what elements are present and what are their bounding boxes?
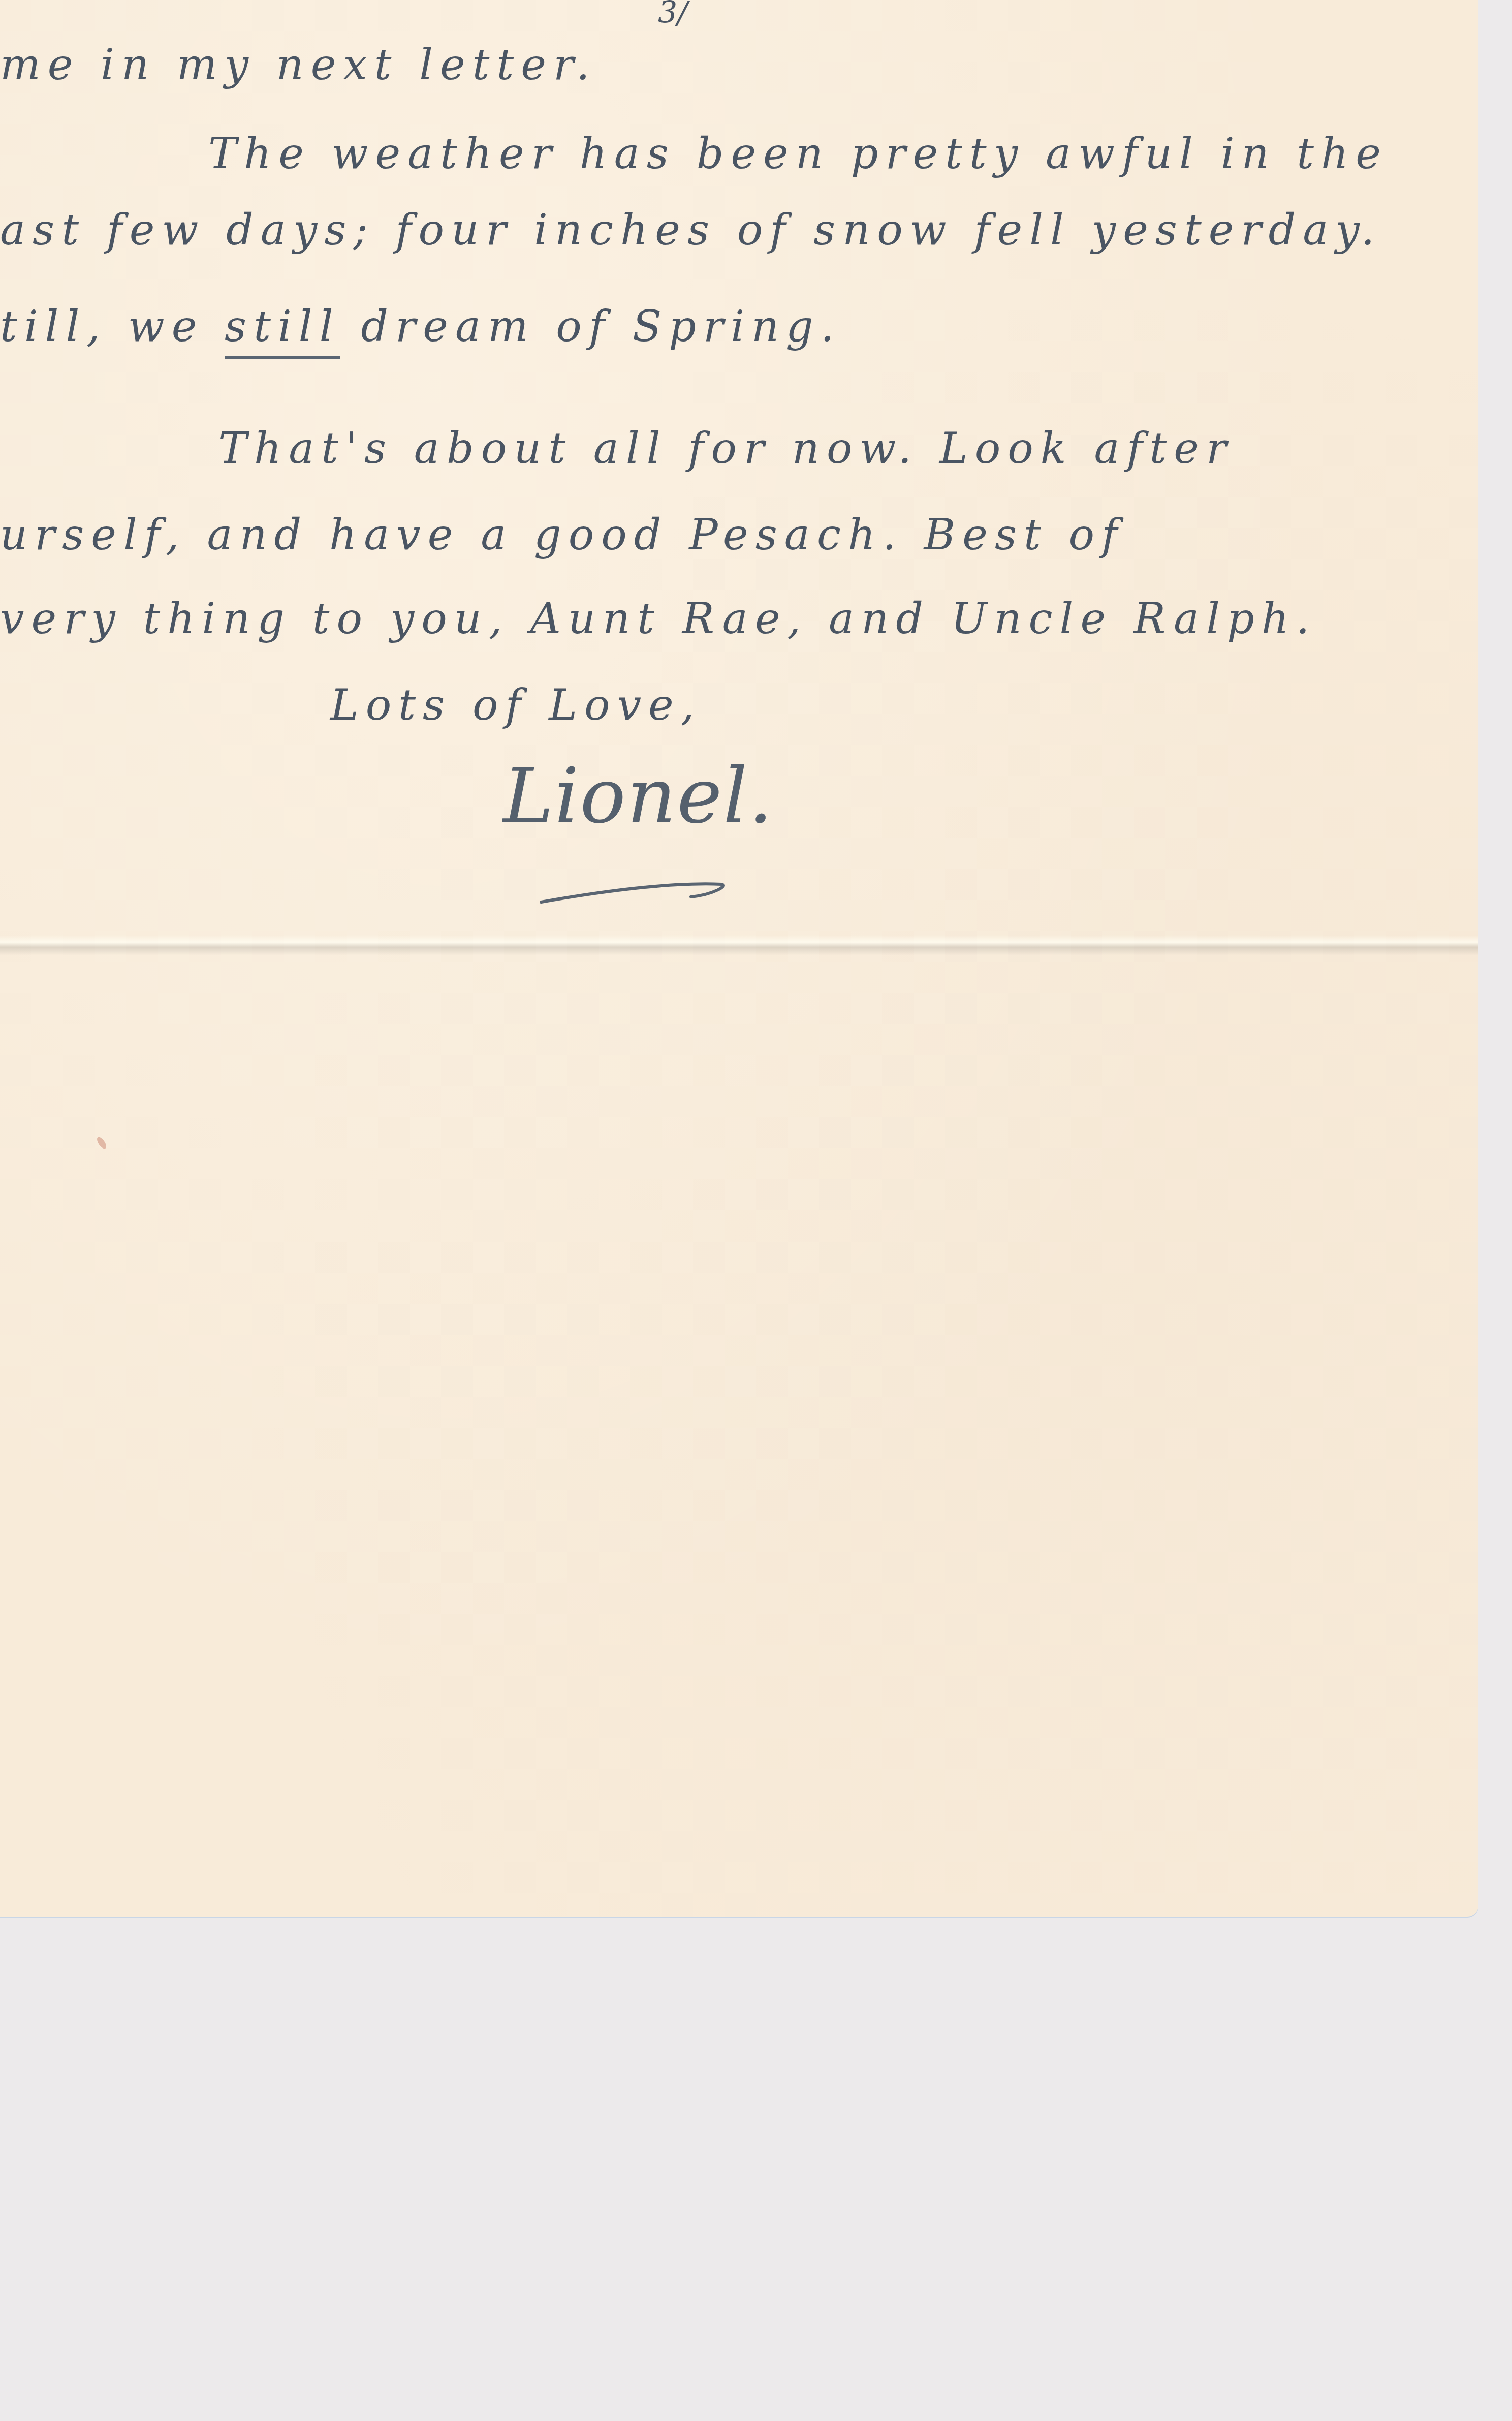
- page-number: 3/: [658, 0, 687, 30]
- letter-line-4: till, we still dream of Spring.: [0, 305, 841, 348]
- fold-crease: [0, 935, 1478, 955]
- letter-page: 3/ me in my next letter. The weather has…: [0, 0, 1478, 1917]
- letter-line-4-end: dream of Spring.: [340, 301, 841, 351]
- letter-line-6: urself, and have a good Pesach. Best of: [0, 513, 1124, 556]
- signature: Lionel.: [503, 752, 774, 841]
- letter-line-7: very thing to you, Aunt Rae, and Uncle R…: [0, 597, 1317, 640]
- letter-line-2: The weather has been pretty awful in the: [208, 132, 1388, 175]
- closing: Lots of Love,: [330, 684, 702, 726]
- signature-flourish-icon: [539, 874, 732, 910]
- letter-line-4-start: till, we: [0, 301, 225, 351]
- letter-line-3: ast few days; four inches of snow fell y…: [0, 208, 1381, 251]
- underlined-word-still: still: [225, 301, 340, 359]
- letter-line-1: me in my next letter.: [0, 43, 597, 86]
- paper-stain: [96, 1136, 108, 1150]
- letter-line-5: That's about all for now. Look after: [218, 427, 1234, 470]
